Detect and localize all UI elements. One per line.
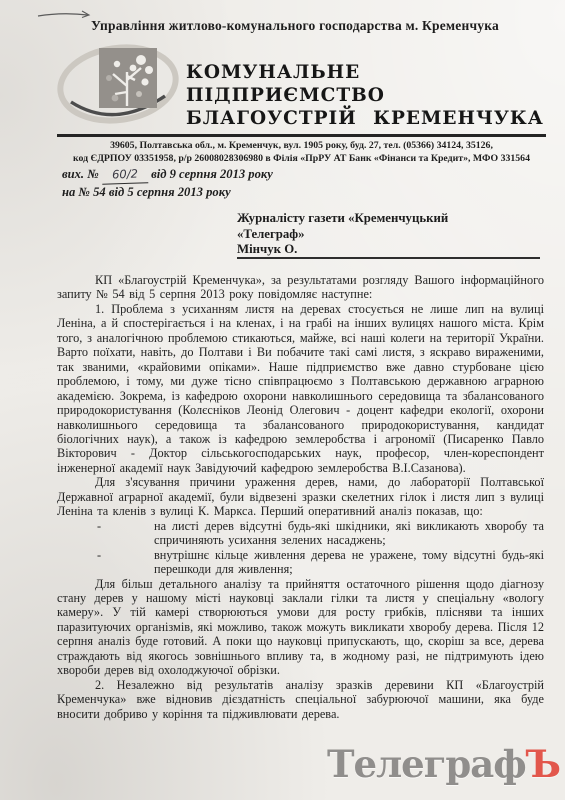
recipient-line1: Журналісту газети «Кременчуцький [237,211,537,227]
company-logo [55,42,183,134]
contact-line1: 39605, Полтавська обл., м. Кременчук, ву… [57,140,546,153]
recipient-line3: Мінчук О. [237,242,537,258]
recipient-underline [237,257,540,259]
body-paragraph-4: Для більш детального аналізу та прийнятт… [57,577,544,678]
body-paragraph-3: Для з'ясування причини ураження дерев, н… [57,475,544,518]
recipient-line2: «Телеграф» [237,227,537,243]
watermark-gray-text: Телеграф [327,742,526,786]
scanned-letter-page: Управління житлово-комунального господар… [0,0,565,800]
incoming-reference-line: на № 54 від 5 серпня 2013 року [62,184,382,201]
recipient-block: Журналісту газети «Кременчуцький «Телегр… [237,211,537,258]
tree-icon [99,48,157,108]
watermark-red-letter: Ъ [526,742,560,786]
bullet-text: на листі дерев відсутні будь-які шкідник… [154,519,544,548]
header-divider [57,134,546,137]
outgoing-reference-line: вих. № 60/2 від 9 серпня 2013 року [62,166,382,184]
bullet-item: - внутрішнє кільце живлення дерева не ур… [57,548,544,577]
outgoing-prefix: вих. № [62,167,99,181]
bullet-dash: - [95,548,154,577]
company-name-line2: БЛАГОУСТРІЙ КРЕМЕНЧУКА [186,107,546,130]
outgoing-date: від 9 серпня 2013 року [151,167,273,181]
outgoing-number-handwritten: 60/2 [102,165,149,184]
bullet-dash: - [95,519,154,548]
bullet-text: внутрішнє кільце живлення дерева не ураж… [154,548,544,577]
company-name: КОМУНАЛЬНЕ ПІДПРИЄМСТВО БЛАГОУСТРІЙ КРЕМ… [186,61,546,130]
bullet-item: - на листі дерев відсутні будь-які шкідн… [57,519,544,548]
body-paragraph-2: 1. Проблема з усиханням листя на деревах… [57,302,544,475]
letter-body: КП «Благоустрій Кременчука», за результа… [57,273,544,721]
reference-block: вих. № 60/2 від 9 серпня 2013 року на № … [62,166,382,200]
company-name-line1: КОМУНАЛЬНЕ ПІДПРИЄМСТВО [186,61,546,107]
body-paragraph-5: 2. Незалежно від результатів аналізу зра… [57,678,544,721]
body-paragraph-1: КП «Благоустрій Кременчука», за результа… [57,273,544,302]
department-title: Управління житлово-комунального господар… [45,18,545,34]
contact-block: 39605, Полтавська обл., м. Кременчук, ву… [57,140,546,166]
contact-line2: код ЄДРПОУ 03351958, р/р 26008028306980 … [57,153,546,166]
telegraf-watermark: ТелеграфЪ [327,744,560,784]
